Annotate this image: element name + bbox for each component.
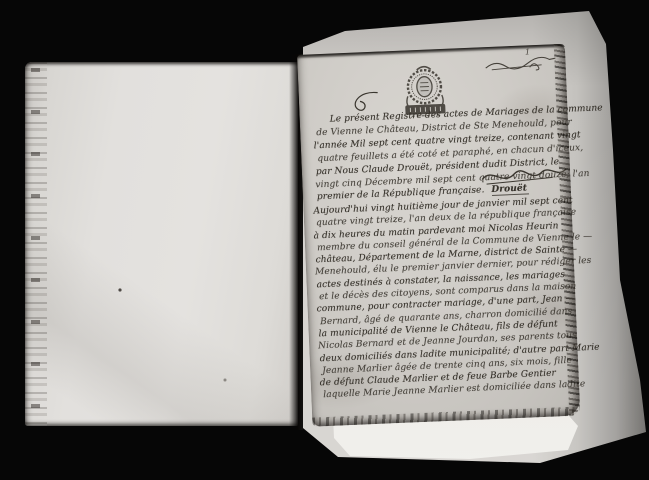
manuscript-page: 1 (297, 44, 580, 427)
blank-verso-page (25, 62, 298, 426)
stitch-marks (31, 68, 40, 417)
signature-paraph-flourish (480, 162, 569, 190)
archive-scan-viewport: 1 (0, 0, 649, 480)
intro-paragraph: Le présent Registre des actes de Mariage… (314, 104, 568, 205)
act-paragraph: Aujourd'hui vingt huitième jour de janvi… (313, 195, 575, 402)
folio-paraph-flourish (483, 54, 558, 75)
